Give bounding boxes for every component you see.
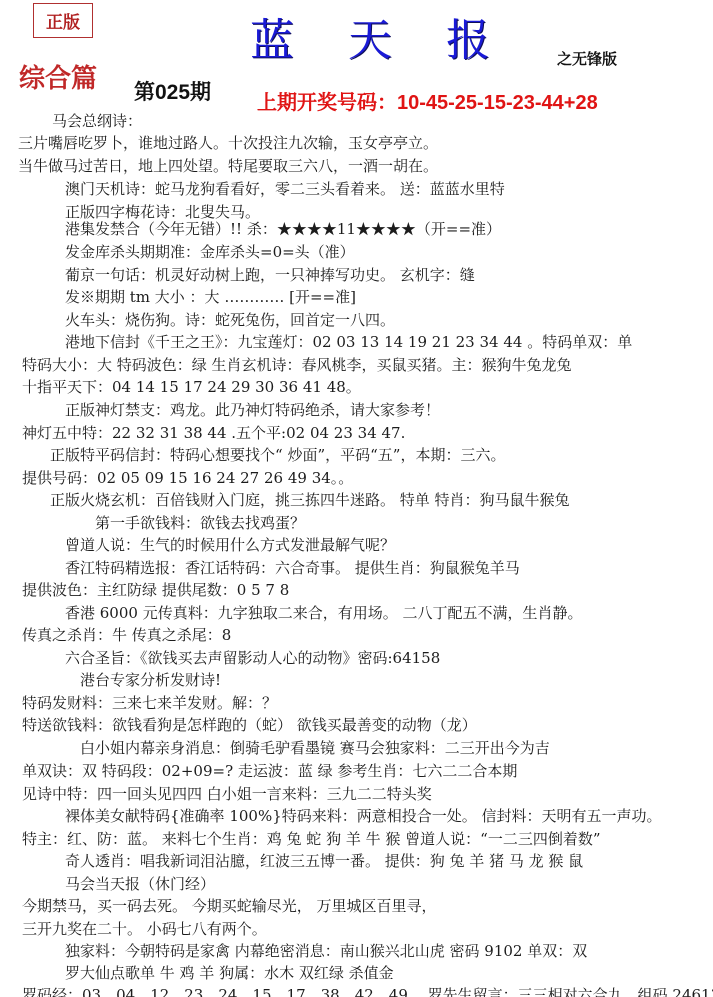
last-draw-result: 上期开奖号码：10-45-25-15-23-44+28 bbox=[257, 86, 598, 115]
text-line: 十指平天下：04 14 15 17 24 29 30 36 41 48。 bbox=[22, 378, 361, 396]
section-title: 综合篇 bbox=[19, 58, 97, 95]
text-line: 香港 6000 元传真料：九字独取二来合，有用场。 二八丁配五不满，生肖静。 bbox=[65, 604, 582, 622]
text-line: 葡京一句话：机灵好动树上跑，一只神捧写功史。 玄机字：缝 bbox=[65, 266, 475, 284]
text-line: 正版四字梅花诗：北叟失马。 bbox=[65, 203, 260, 221]
text-line: 特主：红、防：蓝。 来料七个生肖：鸡 兔 蛇 狗 羊 牛 猴 曾道人说：“一二三… bbox=[22, 830, 601, 848]
text-line: 三片嘴唇吃罗卜，谁地过路人。十次投注九次输，玉女亭亭立。 bbox=[18, 134, 438, 152]
text-line: 六合圣旨：《欲钱买去声留影动人心的动物》密码:64158 bbox=[65, 649, 440, 667]
genuine-edition-stamp: 正版 bbox=[33, 3, 93, 38]
text-line: 正版神灯禁支：鸡龙。此乃神灯特码绝杀，请大家参考！ bbox=[65, 401, 440, 419]
text-line: 罗大仙点歌单 牛 鸡 羊 狗属：水木 双红绿 杀值金 bbox=[65, 964, 394, 982]
text-line: 曾道人说：生气的时候用什么方式发泄最解气呢？ bbox=[65, 536, 395, 554]
text-line: 奇人透肖：唱我新词泪沾臆，红波三五博一番。 提供：狗 兔 羊 猪 马 龙 猴 鼠 bbox=[65, 852, 583, 870]
text-line: 正版特平码信封：特码心想要找个“ 炒面”，平码“五”，本期：三六。 bbox=[50, 446, 505, 464]
text-line: 第一手欲钱料：欲钱去找鸡蛋？ bbox=[95, 514, 305, 532]
text-line: 独家料：今朝特码是家禽 内幕绝密消息：南山猴兴北山虎 密码 9102 单双：双 bbox=[65, 942, 587, 960]
text-line: 当牛做马过苦日，地上四处望。特尾要取三六八，一酒一胡在。 bbox=[18, 157, 438, 175]
text-line: 神灯五中特：22 32 31 38 44 .五个平:02 04 23 34 47… bbox=[22, 424, 405, 442]
text-line: 白小姐内幕亲身消息：倒骑毛驴看墨镜 赛马会独家料：二三开出今为吉 bbox=[80, 739, 550, 757]
text-line: 三开九奖在二十。 小码七八有两个。 bbox=[22, 920, 267, 938]
text-line: 港地下信封《千王之王》：九宝莲灯：02 03 13 14 19 21 23 34… bbox=[65, 333, 632, 351]
text-line: 单双诀：双 特码段：02+09=? 走运波：蓝 绿 参考生肖：七六二二合本期 bbox=[22, 762, 517, 780]
issue-number: 第025期 bbox=[134, 76, 211, 106]
text-line: 罗码经：03，04，12，23，24，15，17，38，42，49， 罗先生留言… bbox=[22, 986, 713, 997]
text-line: 香江特码精选报：香江话特码：六合奇事。 提供生肖：狗鼠猴兔羊马 bbox=[65, 559, 520, 577]
newspaper-title: 蓝 天 报 bbox=[250, 4, 510, 68]
text-line: 发※期期 tm 大小 ：大 ………… [开==准] bbox=[65, 288, 356, 306]
text-line: 正版火烧玄机：百倍钱财入门庭，挑三拣四牛迷路。 特单 特肖：狗马鼠牛猴兔 bbox=[50, 491, 570, 509]
text-line: 火车头：烧伤狗。诗：蛇死兔伤，回首定一八四。 bbox=[65, 311, 395, 329]
text-line: 澳门天机诗：蛇马龙狗看看好，零二三头看着来。 送：蓝蓝水里特 bbox=[65, 180, 505, 198]
text-line: 提供号码：02 05 09 15 16 24 27 26 49 34。。 bbox=[22, 469, 353, 487]
text-line: 马会总纲诗： bbox=[52, 112, 142, 130]
text-line: 发金库杀头期期准：金库杀头=0=头（准） bbox=[65, 243, 355, 261]
text-line: 见诗中特：四一回头见四四 白小姐一言来料：三九二二特头奖 bbox=[22, 785, 432, 803]
text-line: 特码大小：大 特码波色：绿 生肖玄机诗：春风桃李，买鼠买猪。主：猴狗牛兔龙兔 bbox=[22, 356, 572, 374]
text-line: 港台专家分析发财诗! bbox=[80, 671, 221, 689]
text-line: 今期禁马，买一码去死。 今期买蛇输尽光， 万里城区百里寻， bbox=[22, 897, 437, 915]
text-line: 传真之杀肖：牛 传真之杀尾：8 bbox=[22, 626, 231, 644]
text-line: 港集发禁合（今年无错）!! 杀：★★★★11★★★★（开==准） bbox=[65, 220, 501, 238]
edition-label: 之无锋版 bbox=[557, 48, 617, 69]
text-line: 马会当天报（休门经） bbox=[65, 875, 215, 893]
text-line: 提供波色：主红防绿 提供尾数：0 5 7 8 bbox=[22, 581, 289, 599]
text-line: 特送欲钱料：欲钱看狗是怎样跑的（蛇） 欲钱买最善变的动物（龙） bbox=[22, 716, 477, 734]
text-line: 裸体美女献特码{准确率 100%}特码来料：两意相投合一处。 信封料：天明有五一… bbox=[65, 807, 662, 825]
text-line: 特码发财料：三来七来羊发财。解：？ bbox=[22, 694, 277, 712]
